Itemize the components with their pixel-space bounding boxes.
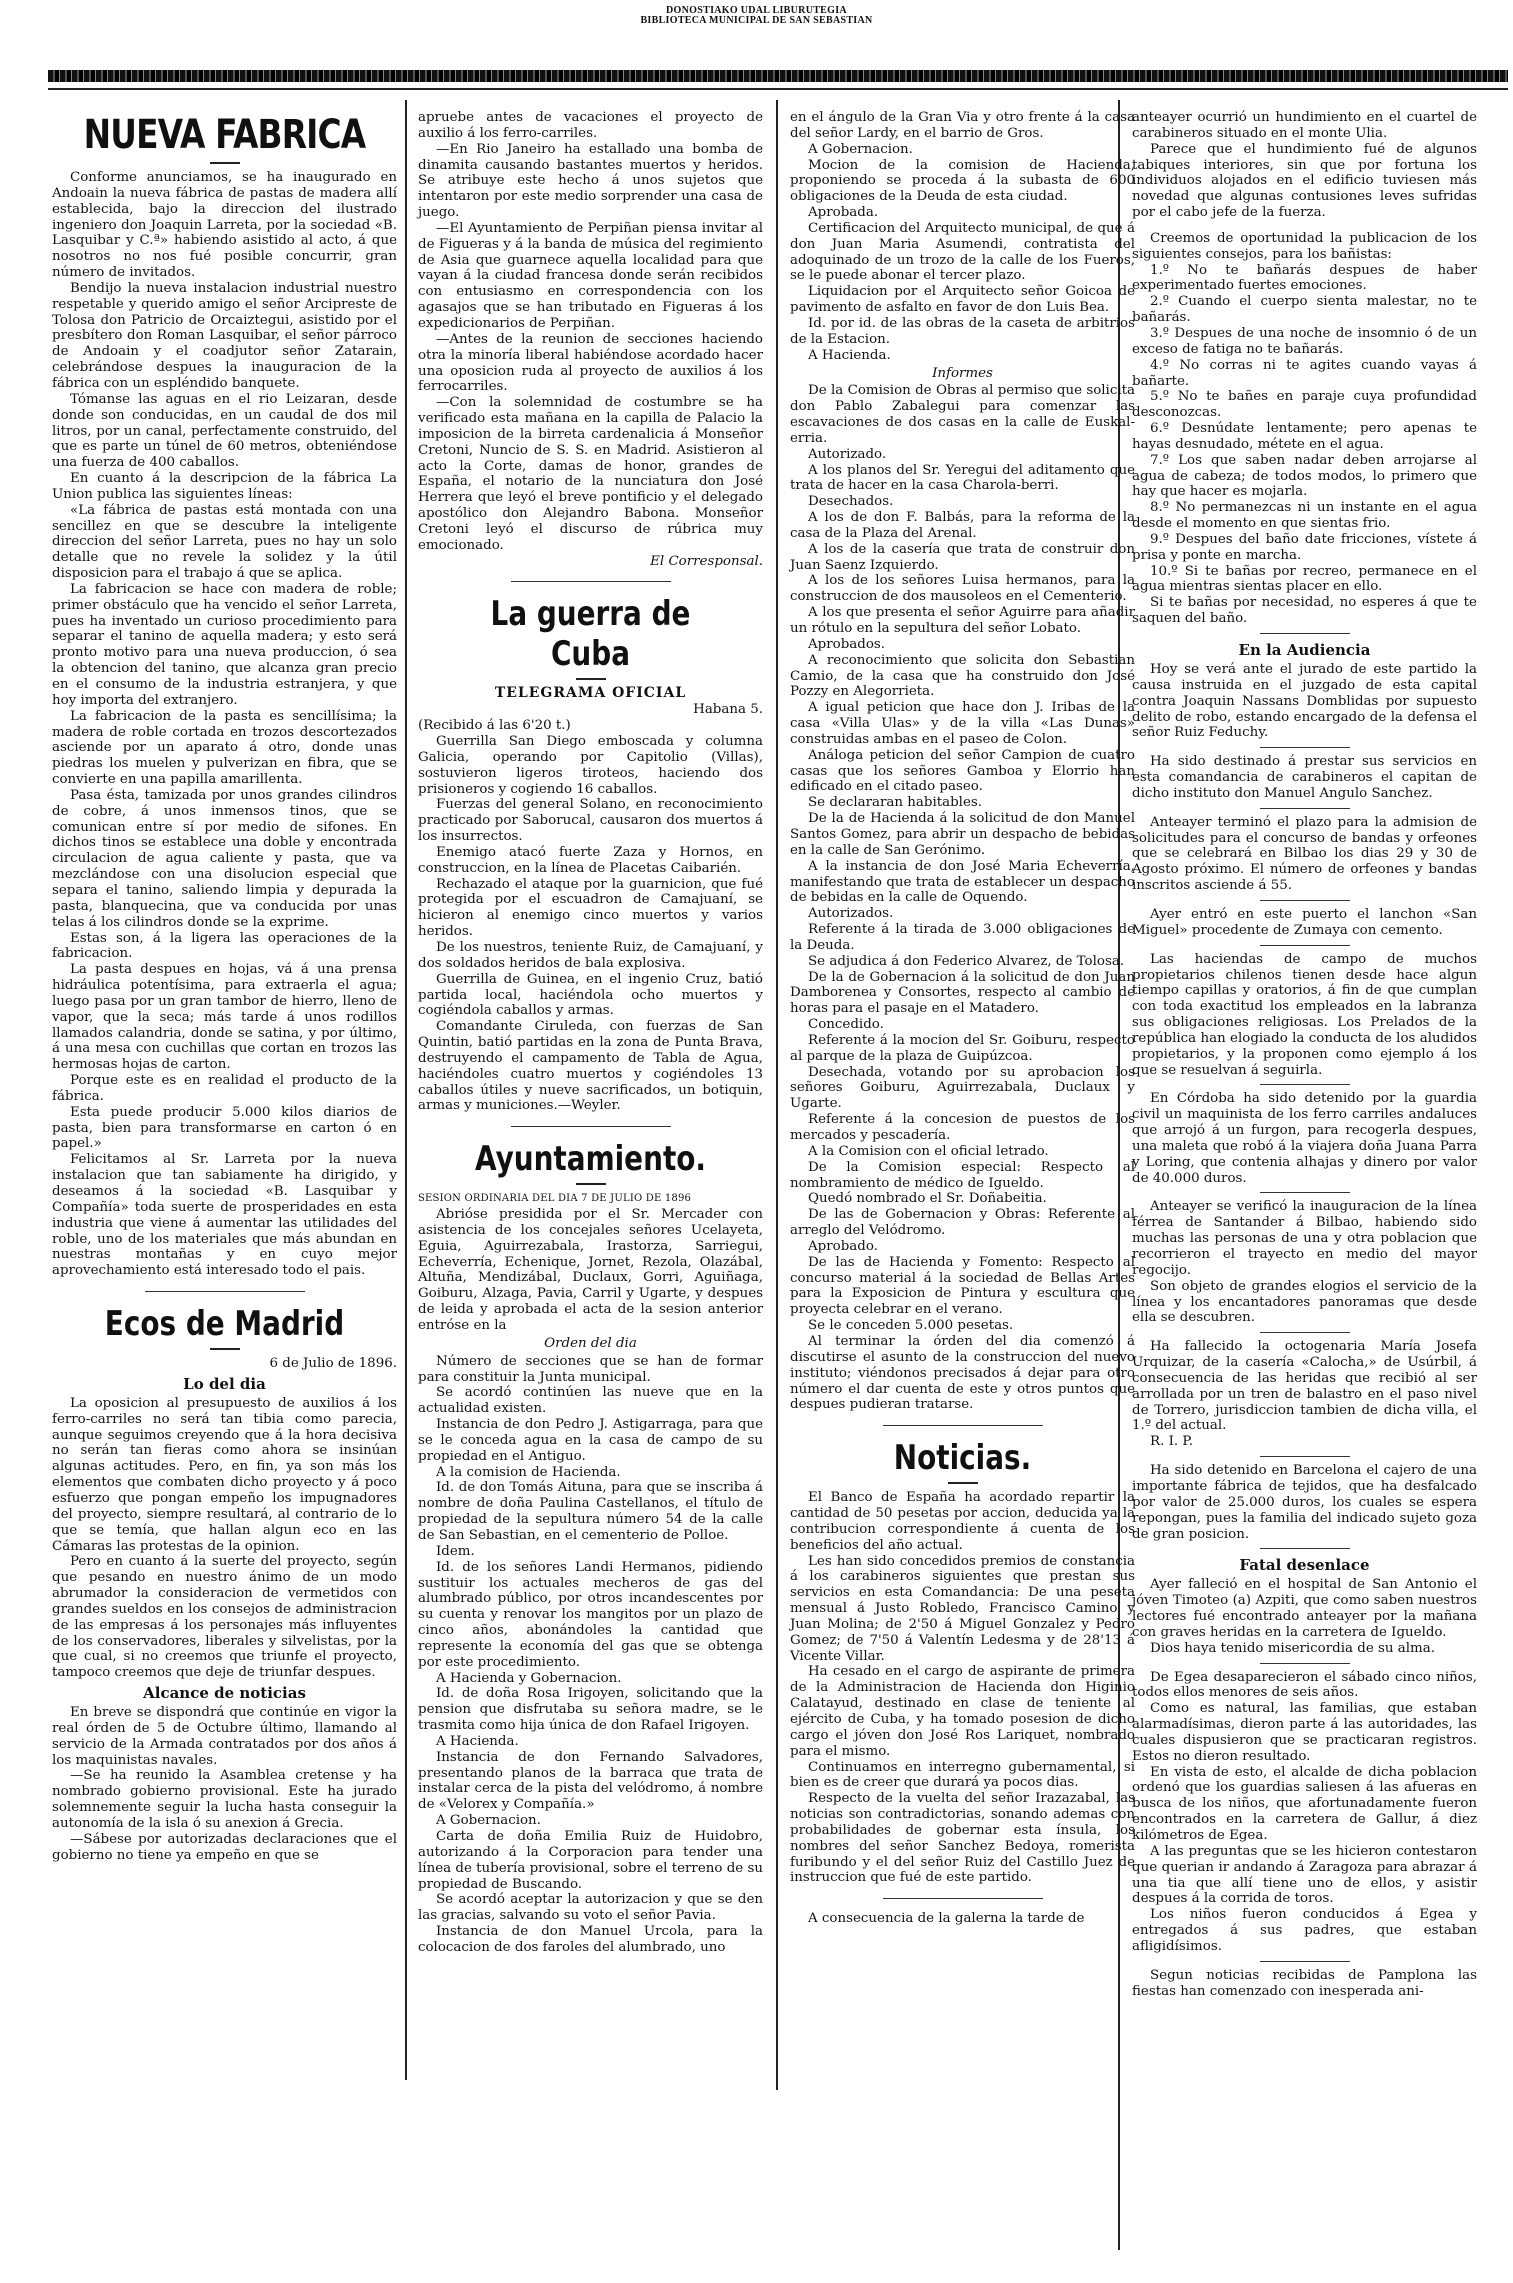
paragraph: A los de don F. Balbás, para la reforma … bbox=[790, 510, 1135, 542]
paragraph: 7.º Los que saben nadar deben arrojarse … bbox=[1132, 453, 1477, 501]
italic-subhead: Orden del dia bbox=[418, 1336, 763, 1352]
telegram-label: TELEGRAMA OFICIAL bbox=[418, 686, 763, 702]
paragraph: Carta de doña Emilia Ruiz de Huidobro, a… bbox=[418, 1829, 763, 1892]
column-2: apruebe antes de vacaciones el proyecto … bbox=[418, 110, 763, 1956]
paragraph: Ha fallecido la octogenaria María Josefa… bbox=[1132, 1339, 1477, 1434]
paragraph: Segun noticias recibidas de Pamplona las… bbox=[1132, 1968, 1477, 2000]
paragraph: 3.º Despues de una noche de insomnio ó d… bbox=[1132, 326, 1477, 358]
paragraph: A Gobernacion. bbox=[418, 1813, 763, 1829]
item-separator bbox=[1260, 1456, 1350, 1457]
paragraph: Hoy se verá ante el jurado de este parti… bbox=[1132, 662, 1477, 741]
paragraph: En Córdoba ha sido detenido por la guard… bbox=[1132, 1091, 1477, 1186]
paragraph: Concedido. bbox=[790, 1017, 1135, 1033]
paragraph: Ha sido detenido en Barcelona el cajero … bbox=[1132, 1463, 1477, 1542]
paragraph: —En Rio Janeiro ha estallado una bomba d… bbox=[418, 142, 763, 221]
paragraph: Instancia de don Manuel Urcola, para la … bbox=[418, 1924, 763, 1956]
paragraph: Comandante Ciruleda, con fuerzas de San … bbox=[418, 1019, 763, 1114]
section-separator bbox=[511, 581, 671, 582]
paragraph: Análoga peticion del señor Campion de cu… bbox=[790, 748, 1135, 796]
paragraph: Si te bañas por necesidad, no esperes á … bbox=[1132, 595, 1477, 627]
paragraph: 6.º Desnúdate lentamente; pero apenas te… bbox=[1132, 421, 1477, 453]
paragraph: A reconocimiento que solicita don Sebast… bbox=[790, 653, 1135, 701]
paragraph: Abrióse presidida por el Sr. Mercader co… bbox=[418, 1207, 763, 1334]
paragraph: La fabricacion de la pasta es sencillísi… bbox=[52, 709, 397, 788]
paragraph: El Banco de España ha acordado repartir … bbox=[790, 1490, 1135, 1553]
item-separator bbox=[1260, 1332, 1350, 1333]
masthead-rule bbox=[48, 88, 1508, 90]
paragraph: A consecuencia de la galerna la tarde de bbox=[790, 1911, 1135, 1927]
paragraph: Guerrilla de Guinea, en el ingenio Cruz,… bbox=[418, 972, 763, 1020]
paragraph: A los de los señores Luisa hermanos, par… bbox=[790, 573, 1135, 605]
paragraph: Respecto de la vuelta del señor Irazazab… bbox=[790, 1791, 1135, 1886]
session-line: SESION ORDINARIA DEL DIA 7 DE JULIO DE 1… bbox=[418, 1191, 763, 1207]
paragraph: Instancia de don Pedro J. Astigarraga, p… bbox=[418, 1417, 763, 1465]
dateline: 6 de Julio de 1896. bbox=[52, 1356, 397, 1372]
italic-subhead: Informes bbox=[790, 366, 1135, 382]
item-separator bbox=[1260, 900, 1350, 901]
paragraph: De los nuestros, teniente Ruiz, de Camaj… bbox=[418, 940, 763, 972]
paragraph: Quedó nombrado el Sr. Doñabeitia. bbox=[790, 1191, 1135, 1207]
paragraph: —Se ha reunido la Asamblea cretense y ha… bbox=[52, 1768, 397, 1831]
column-rule-2 bbox=[776, 100, 778, 2090]
paragraph: 5.º No te bañes en paraje cuya profundid… bbox=[1132, 389, 1477, 421]
paragraph: Conforme anunciamos, se ha inaugurado en… bbox=[52, 170, 397, 281]
headline-dash bbox=[210, 162, 240, 164]
paragraph: Se declararan habitables. bbox=[790, 795, 1135, 811]
paragraph: Id. por id. de las obras de la caseta de… bbox=[790, 316, 1135, 348]
paragraph: A la comision de Hacienda. bbox=[418, 1465, 763, 1481]
paragraph: Número de secciones que se han de formar… bbox=[418, 1354, 763, 1386]
headline-dash bbox=[576, 1183, 606, 1185]
paragraph: A Hacienda. bbox=[790, 348, 1135, 364]
paragraph: Ha sido destinado á prestar sus servicio… bbox=[1132, 754, 1477, 802]
column-1: NUEVA FABRICAConforme anunciamos, se ha … bbox=[52, 110, 397, 1864]
paragraph: Aprobado. bbox=[790, 1239, 1135, 1255]
paragraph: apruebe antes de vacaciones el proyecto … bbox=[418, 110, 763, 142]
headline-dash bbox=[210, 1348, 240, 1350]
paragraph: Los niños fueron conducidos á Egea y ent… bbox=[1132, 1907, 1477, 1955]
paragraph: Como es natural, las familias, que estab… bbox=[1132, 1701, 1477, 1764]
paragraph: Referente á la mocion del Sr. Goiburu, r… bbox=[790, 1033, 1135, 1065]
paragraph: —Con la solemnidad de costumbre se ha ve… bbox=[418, 395, 763, 553]
paragraph: Bendijo la nueva instalacion industrial … bbox=[52, 281, 397, 392]
item-separator bbox=[1260, 1663, 1350, 1664]
paragraph: Se adjudica á don Federico Alvarez, de T… bbox=[790, 954, 1135, 970]
paragraph: Se acordó aceptar la autorizacion y que … bbox=[418, 1892, 763, 1924]
paragraph: Referente á la tirada de 3.000 obligacio… bbox=[790, 922, 1135, 954]
paragraph: 8.º No permanezcas ni un instante en el … bbox=[1132, 500, 1477, 532]
paragraph: Estas son, á la ligera las operaciones d… bbox=[52, 931, 397, 963]
paragraph: Pasa ésta, tamizada por unos grandes cil… bbox=[52, 788, 397, 931]
section-separator bbox=[883, 1898, 1043, 1899]
column-3: en el ángulo de la Gran Via y otro frent… bbox=[790, 110, 1135, 1927]
spacer bbox=[1132, 221, 1477, 231]
paragraph: Liquidacion por el Arquitecto señor Goic… bbox=[790, 284, 1135, 316]
paragraph: Id. de doña Rosa Irigoyen, solicitando q… bbox=[418, 1686, 763, 1734]
section-separator bbox=[883, 1425, 1043, 1426]
paragraph: «La fábrica de pastas está montada con u… bbox=[52, 503, 397, 582]
column-rule-1 bbox=[405, 100, 407, 2080]
masthead-border-band bbox=[48, 70, 1508, 82]
paragraph: Aprobada. bbox=[790, 205, 1135, 221]
paragraph: En cuanto á la descripcion de la fábrica… bbox=[52, 471, 397, 503]
paragraph: en el ángulo de la Gran Via y otro frent… bbox=[790, 110, 1135, 142]
item-separator bbox=[1260, 747, 1350, 748]
paragraph: Tómanse las aguas en el rio Leizaran, de… bbox=[52, 392, 397, 471]
paragraph: En vista de esto, el alcalde de dicha po… bbox=[1132, 1765, 1477, 1844]
paragraph: —Antes de la reunion de secciones hacien… bbox=[418, 332, 763, 395]
paragraph: A Hacienda. bbox=[418, 1734, 763, 1750]
paragraph: 4.º No corras ni te agites cuando vayas … bbox=[1132, 358, 1477, 390]
paragraph: Mocion de la comision de Hacienda, propo… bbox=[790, 158, 1135, 206]
paragraph: De las de Gobernacion y Obras: Referente… bbox=[790, 1207, 1135, 1239]
paragraph: A las preguntas que se les hicieron cont… bbox=[1132, 1844, 1477, 1907]
paragraph: Felicitamos al Sr. Larreta por la nueva … bbox=[52, 1152, 397, 1279]
paragraph: Se acordó continúen las nueve que en la … bbox=[418, 1385, 763, 1417]
paragraph: Ha cesado en el cargo de aspirante de pr… bbox=[790, 1664, 1135, 1759]
section-headline: Noticias. bbox=[821, 1438, 1104, 1478]
paragraph: anteayer ocurrió un hundimiento en el cu… bbox=[1132, 110, 1477, 142]
paragraph: Continuamos en interregno gubernamental,… bbox=[790, 1760, 1135, 1792]
section-headline: La guerra de Cuba bbox=[449, 594, 732, 674]
item-separator bbox=[1260, 1548, 1350, 1549]
section-headline: Ayuntamiento. bbox=[449, 1139, 732, 1179]
paragraph: A la Comision con el oficial letrado. bbox=[790, 1144, 1135, 1160]
paragraph: Son objeto de grandes elogios el servici… bbox=[1132, 1279, 1477, 1327]
paragraph: De la Comision especial: Respecto al nom… bbox=[790, 1160, 1135, 1192]
subheading: Alcance de noticias bbox=[52, 1683, 397, 1703]
paragraph: 2.º Cuando el cuerpo sienta malestar, no… bbox=[1132, 294, 1477, 326]
paragraph: De la de Gobernacion á la solicitud de d… bbox=[790, 970, 1135, 1018]
paragraph: A Hacienda y Gobernacion. bbox=[418, 1671, 763, 1687]
dateline: Habana 5. bbox=[418, 702, 763, 718]
paragraph: Se le conceden 5.000 pesetas. bbox=[790, 1318, 1135, 1334]
subheading: Lo del dia bbox=[52, 1374, 397, 1394]
paragraph: Ayer falleció en el hospital de San Anto… bbox=[1132, 1577, 1477, 1640]
paragraph: Pero en cuanto á la suerte del proyecto,… bbox=[52, 1554, 397, 1681]
subheading: En la Audiencia bbox=[1132, 640, 1477, 660]
paragraph: Les han sido concedidos premios de const… bbox=[790, 1554, 1135, 1665]
headline-dash bbox=[948, 1482, 978, 1484]
paragraph: Porque este es en realidad el producto d… bbox=[52, 1073, 397, 1105]
article-headline: NUEVA FABRICA bbox=[83, 112, 366, 158]
paragraph: Anteayer terminó el plazo para la admisi… bbox=[1132, 815, 1477, 894]
paragraph: A igual peticion que hace don J. Iribas … bbox=[790, 700, 1135, 748]
paragraph: —Sábese por autorizadas declaraciones qu… bbox=[52, 1832, 397, 1864]
archive-line-spanish: BIBLIOTECA MUNICIPAL DE SAN SEBASTIAN bbox=[0, 16, 1513, 26]
section-separator bbox=[145, 1291, 305, 1292]
paragraph: Anteayer se verificó la inauguracion de … bbox=[1132, 1199, 1477, 1278]
section-headline: Ecos de Madrid bbox=[83, 1304, 366, 1344]
paragraph: De la de Hacienda á la solicitud de don … bbox=[790, 811, 1135, 859]
paragraph: Dios haya tenido misericordia de su alma… bbox=[1132, 1641, 1477, 1657]
paragraph: En breve se dispondrá que continúe en vi… bbox=[52, 1705, 397, 1768]
paragraph: Parece que el hundimiento fué de algunos… bbox=[1132, 142, 1477, 221]
paragraph: La pasta despues en hojas, vá á una pren… bbox=[52, 962, 397, 1073]
paragraph: La oposicion al presupuesto de auxilios … bbox=[52, 1396, 397, 1554]
paragraph: Autorizado. bbox=[790, 447, 1135, 463]
paragraph: Desechada, votando por su aprobacion los… bbox=[790, 1065, 1135, 1113]
paragraph: (Recibido á las 6'20 t.) bbox=[418, 718, 763, 734]
paragraph: A los que presenta el señor Aguirre para… bbox=[790, 605, 1135, 637]
paragraph: Instancia de don Fernando Salvadores, pr… bbox=[418, 1750, 763, 1813]
paragraph: Rechazado el ataque por la guarnicion, q… bbox=[418, 877, 763, 940]
paragraph: —El Ayuntamiento de Perpiñan piensa invi… bbox=[418, 221, 763, 332]
archive-header: DONOSTIAKO UDAL LIBURUTEGIA BIBLIOTECA M… bbox=[0, 6, 1513, 26]
paragraph: Idem. bbox=[418, 1544, 763, 1560]
paragraph: Esta puede producir 5.000 kilos diarios … bbox=[52, 1105, 397, 1153]
paragraph: Fuerzas del general Solano, en reconocim… bbox=[418, 797, 763, 845]
paragraph: 10.º Si te bañas por recreo, permanece e… bbox=[1132, 564, 1477, 596]
paragraph: Id. de los señores Landi Hermanos, pidie… bbox=[418, 1560, 763, 1671]
item-separator bbox=[1260, 633, 1350, 634]
paragraph: Guerrilla San Diego emboscada y columna … bbox=[418, 734, 763, 797]
paragraph: 1.º No te bañarás despues de haber exper… bbox=[1132, 263, 1477, 295]
paragraph: Enemigo atacó fuerte Zaza y Hornos, en c… bbox=[418, 845, 763, 877]
column-4: anteayer ocurrió un hundimiento en el cu… bbox=[1132, 110, 1477, 1999]
subheading: Fatal desenlace bbox=[1132, 1555, 1477, 1575]
paragraph: Referente á la concesion de puestos de l… bbox=[790, 1112, 1135, 1144]
paragraph: Autorizados. bbox=[790, 906, 1135, 922]
item-separator bbox=[1260, 945, 1350, 946]
paragraph: A Gobernacion. bbox=[790, 142, 1135, 158]
paragraph: Aprobados. bbox=[790, 637, 1135, 653]
paragraph: Certificacion del Arquitecto municipal, … bbox=[790, 221, 1135, 284]
paragraph: Al terminar la órden del dia comenzó á d… bbox=[790, 1334, 1135, 1413]
paragraph: De las de Hacienda y Fomento: Respecto a… bbox=[790, 1255, 1135, 1318]
paragraph: A los de la casería que trata de constru… bbox=[790, 542, 1135, 574]
item-separator bbox=[1260, 808, 1350, 809]
headline-dash bbox=[576, 678, 606, 680]
paragraph: De Egea desaparecieron el sábado cinco n… bbox=[1132, 1670, 1477, 1702]
paragraph: A los planos del Sr. Yeregui del aditame… bbox=[790, 463, 1135, 495]
item-separator bbox=[1260, 1961, 1350, 1962]
paragraph: 9.º Despues del baño date fricciones, ví… bbox=[1132, 532, 1477, 564]
paragraph: Las haciendas de campo de muchos propiet… bbox=[1132, 952, 1477, 1079]
item-separator bbox=[1260, 1084, 1350, 1085]
paragraph: La fabricacion se hace con madera de rob… bbox=[52, 582, 397, 709]
paragraph: Creemos de oportunidad la publicacion de… bbox=[1132, 231, 1477, 263]
paragraph: Ayer entró en este puerto el lanchon «Sa… bbox=[1132, 907, 1477, 939]
paragraph: A la instancia de don José Maria Echever… bbox=[790, 859, 1135, 907]
paragraph: De la Comision de Obras al permiso que s… bbox=[790, 383, 1135, 446]
item-separator bbox=[1260, 1192, 1350, 1193]
paragraph: R. I. P. bbox=[1132, 1434, 1477, 1450]
paragraph: Id. de don Tomás Aituna, para que se ins… bbox=[418, 1480, 763, 1543]
signature: El Corresponsal. bbox=[418, 554, 763, 570]
paragraph: Desechados. bbox=[790, 494, 1135, 510]
section-separator bbox=[511, 1126, 671, 1127]
